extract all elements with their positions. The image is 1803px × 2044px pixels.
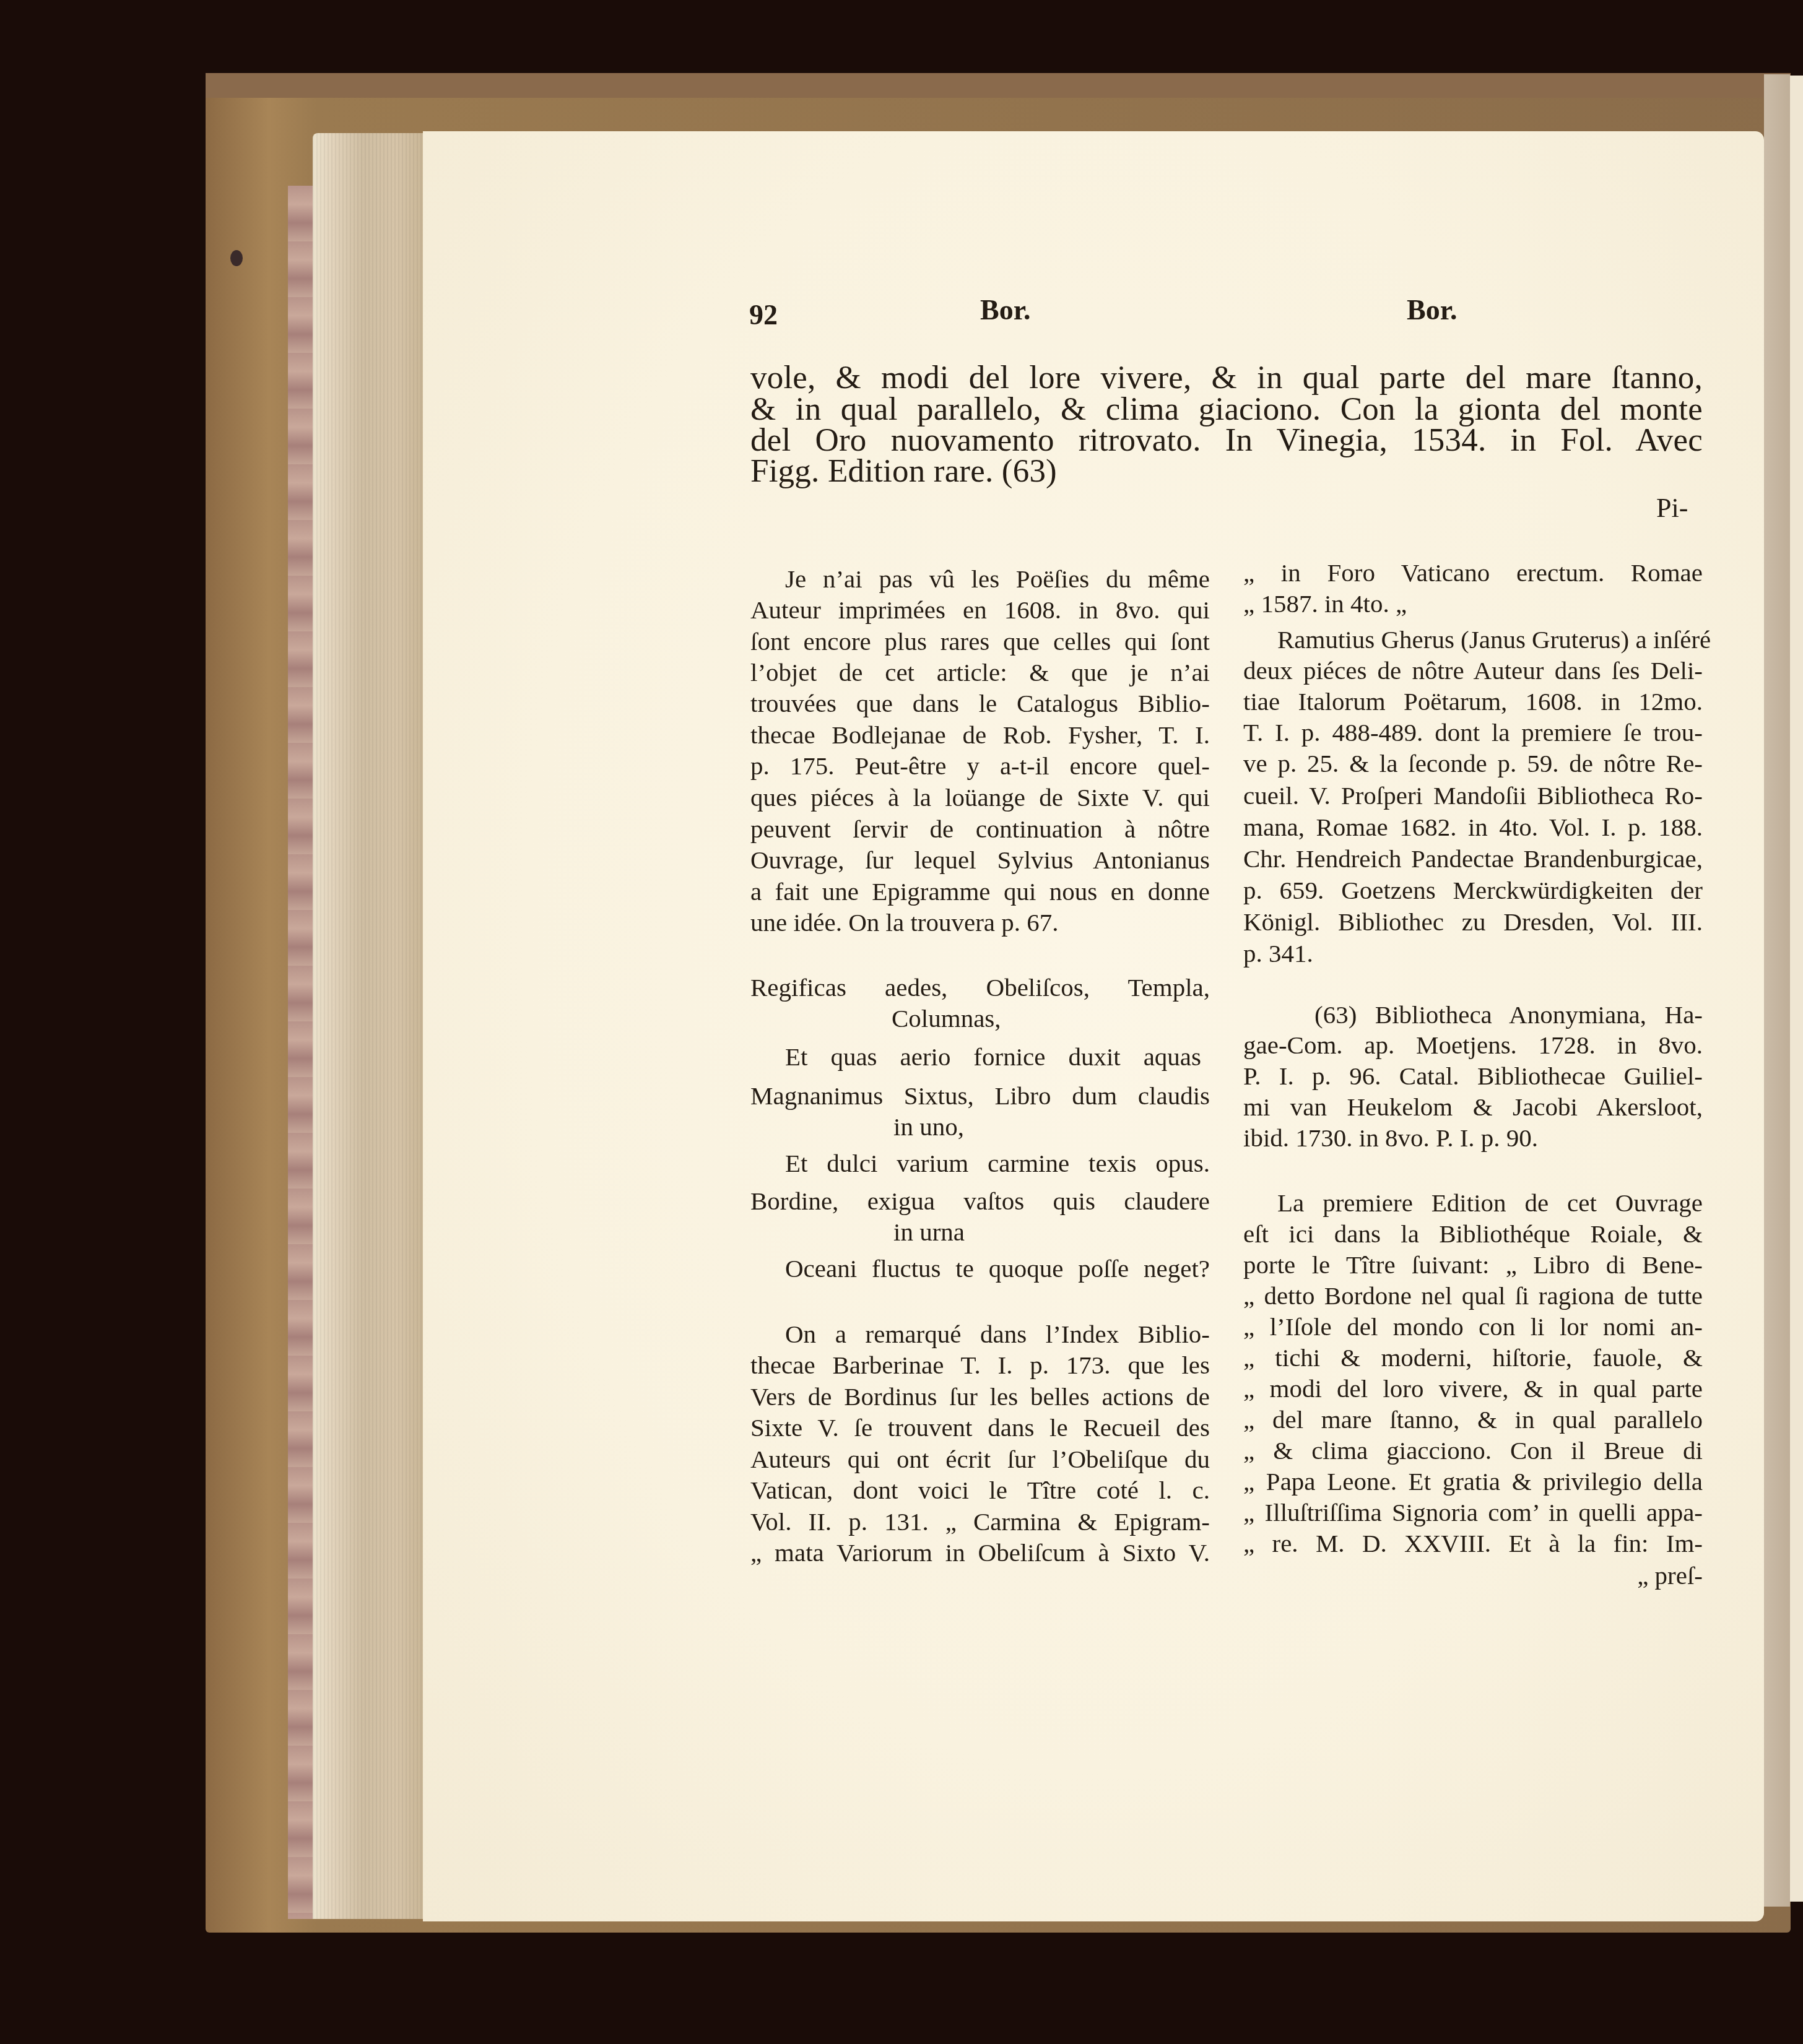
text-line: tiae Italorum Poëtarum, 1608. in 12mo. [1243,686,1703,717]
text-line: „ 1587. in 4to. „ [1243,588,1703,619]
text-line: Figg. Edition rare. (63) [750,456,1703,487]
text-line: Ouvrage, ſur lequel Sylvius Antonianus [750,844,1210,875]
text-line: „ & clima giacciono. Con il Breue di [1243,1435,1703,1466]
text-line: vole, & modi del lore vivere, & in qual … [750,362,1703,393]
text-line: „ detto Bordone nel qual ſi ragiona de t… [1243,1280,1703,1311]
next-page-edge [1790,76,1803,1902]
text-line: „ re. M. D. XXVIII. Et à la fin: Im- [1243,1528,1703,1559]
text-line: „ tichi & moderni, hiſtorie, fauole, & [1243,1342,1703,1373]
text-line: mi van Heukelom & Jacobi Akersloot, [1243,1091,1703,1122]
text-line: (63) Bibliotheca Anonymiana, Ha- [1314,999,1703,1030]
marbled-pastedown [288,186,314,1919]
text-line: cueil. V. Proſperi Mandoſii Bibliotheca … [1243,780,1703,811]
text-line: ibid. 1730. in 8vo. P. I. p. 90. [1243,1122,1703,1153]
text-line: P. I. p. 96. Catal. Bibliothecae Guiliel… [1243,1060,1703,1091]
poem-line: Regificas aedes, Obeliſcos, Templa, [750,972,1210,1003]
text-line: La premiere Edition de cet Ouvrage [1277,1187,1703,1218]
text-line: „ modi del loro vivere, & in qual parte [1243,1373,1703,1404]
poem-line: Columnas, [892,1003,1077,1034]
poem-line: Oceani fluctus te quoque poſſe neget? [785,1253,1210,1284]
text-line: „ l’Iſole del mondo con li lor nomi an- [1243,1311,1703,1342]
text-line: l’objet de cet article: & que je n’ai [750,657,1210,688]
text-line: del Oro nuovamento ritrovato. In Vinegia… [750,425,1703,456]
poem-line: Et dulci varium carmine texis opus. [785,1148,1210,1179]
text-line: p. 341. [1243,938,1703,969]
text-line: p. 659. Goetzens Merckwürdigkeiten der [1243,875,1703,906]
text-line: thecae Bodlejanae de Rob. Fysher, T. I. [750,719,1210,750]
poem-line: Bordine, exigua vaſtos quis claudere [750,1185,1210,1216]
poem-line: Et quas aerio fornice duxit aquas [785,1041,1201,1072]
text-line: eſt ici dans la Bibliothéque Roiale, & [1243,1218,1703,1249]
text-line: „ del mare ſtanno, & in qual parallelo [1243,1404,1703,1435]
text-line: trouvées que dans le Catalogus Biblio- [750,688,1210,719]
poem-line: in uno, [893,1111,1079,1142]
text-line: „ mata Variorum in Obeliſcum à Sixto V. [750,1537,1210,1568]
text-line: deux piéces de nôtre Auteur dans ſes Del… [1243,655,1703,686]
text-line: Ramutius Gherus (Janus Gruterus) a inſér… [1277,624,1703,655]
text-line: Auteurs qui ont écrit ſur l’Obeliſque du [750,1444,1210,1475]
running-head-left: Bor. [980,296,1030,324]
text-line: mana, Romae 1682. in 4to. Vol. I. p. 188… [1243,812,1703,842]
text-line: Chr. Hendreich Pandectae Brandenburgicae… [1243,843,1703,874]
gutter-shadow [1764,74,1790,1907]
text-line: & in qual parallelo, & clima giaciono. C… [750,394,1703,425]
text-line: une idée. On la trouvera p. 67. [750,907,1210,938]
text-line: „ Papa Leone. Et gratia & privilegio del… [1243,1466,1703,1497]
text-line: a fait une Epigramme qui nous en donne [750,876,1210,907]
text-line: ques piéces à la loüange de Sixte V. qui [750,782,1210,813]
cover-rivet [230,250,243,266]
text-line: gae-Com. ap. Moetjens. 1728. in 8vo. [1243,1029,1703,1060]
text-line: ve p. 25. & la ſeconde p. 59. de nôtre R… [1243,748,1703,779]
text-line: T. I. p. 488-489. dont la premiere ſe tr… [1243,717,1703,748]
book-cover-top-edge [206,73,1791,98]
page-number: 92 [749,301,778,329]
text-line: thecae Barberinae T. I. p. 173. que les [750,1349,1210,1380]
poem-line: in urna [893,1216,1079,1247]
text-line: Königl. Bibliothec zu Dresden, Vol. III. [1243,906,1703,937]
text-line: Sixte V. ſe trouvent dans le Recueil des [750,1412,1210,1443]
text-line: Vatican, dont voici le Tître coté l. c. [750,1475,1210,1505]
catchword-bottom: „ preſ- [1243,1560,1703,1591]
text-line: peuvent ſervir de continuation à nôtre [750,813,1210,844]
text-line: „ Illuſtriſſima Signoria com’ in quelli … [1243,1497,1703,1528]
page-edges [313,133,424,1919]
text-line: On a remarqué dans l’Index Biblio- [785,1319,1210,1349]
text-line: p. 175. Peut-être y a-t-il encore quel- [750,750,1210,781]
running-head-right: Bor. [1407,296,1457,324]
text-line: Je n’ai pas vû les Poëſies du même [785,563,1210,594]
text-line: „ in Foro Vaticano erectum. Romae [1243,557,1703,588]
text-line: porte le Tître ſuivant: „ Libro di Bene- [1243,1249,1703,1280]
poem-line: Magnanimus Sixtus, Libro dum claudis [750,1080,1210,1111]
text-line: Vol. II. p. 131. „ Carmina & Epigram- [750,1506,1210,1537]
catchword-top: Pi- [1656,492,1688,524]
text-line: ſont encore plus rares que celles qui ſo… [750,626,1210,657]
text-line: Auteur imprimées en 1608. in 8vo. qui [750,594,1210,625]
text-line: Vers de Bordinus ſur les belles actions … [750,1381,1210,1412]
